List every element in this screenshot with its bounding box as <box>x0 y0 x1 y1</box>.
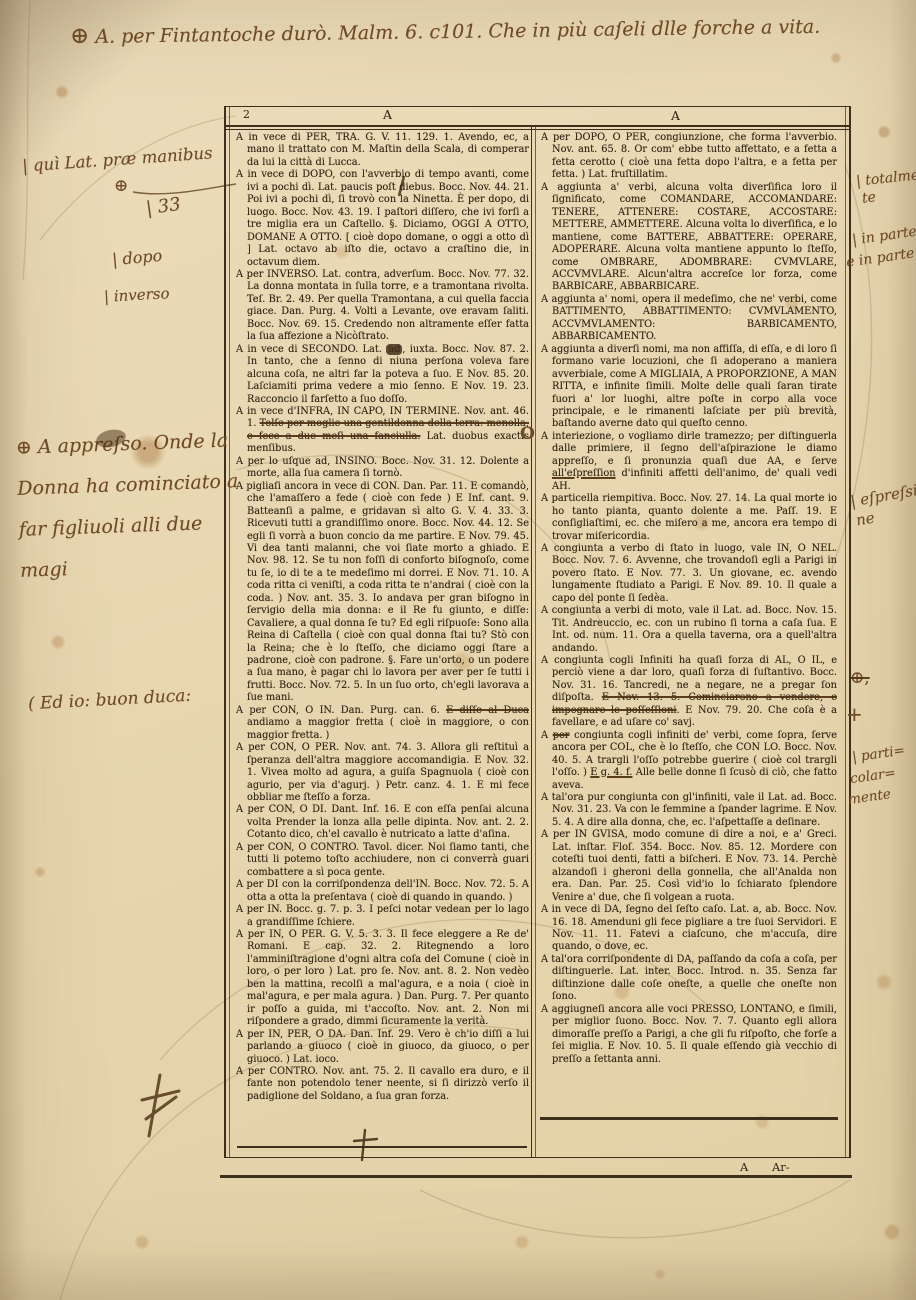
margin-note-particolarmente-3: mente <box>847 786 892 808</box>
margin-note-inverso: | inverso <box>104 284 170 305</box>
dictionary-entry: A aggiunta a' nomi, opera il medeſimo, c… <box>541 294 837 344</box>
margin-note-line: far figliuoli alli due <box>18 512 202 540</box>
entry-text: A per CON, O IN. Dan. Purg. can. 6. <box>236 705 446 716</box>
frame-bottom-rule <box>225 1157 850 1158</box>
column-divider-rule-left <box>531 125 532 1158</box>
dictionary-entry: A tal'ora corriſpondente di DA, paſſando… <box>541 954 837 1004</box>
margin-note-in-parte-1: | in parte <box>851 224 916 249</box>
margin-note-line: Donna ha cominciato a <box>17 470 239 500</box>
margin-note-particolarmente-1: | parti= <box>851 742 906 765</box>
entry-text: A in vece di SECONDO. Lat. <box>236 344 386 355</box>
entry-text: A <box>541 730 553 741</box>
left-text-column: A in vece di PER, TRA. G. V. 11. 129. 1.… <box>236 132 529 1144</box>
dictionary-entry: A pigliaſi ancora in vece di CON. Dan. P… <box>236 481 529 705</box>
column-divider-rule-right <box>535 125 536 1158</box>
dictionary-entry: A congiunta cogli Infiniti ha quaſi forz… <box>541 655 837 730</box>
margin-note-particolarmente-2: colar= <box>849 765 897 787</box>
signature-mark: A <box>740 1160 749 1174</box>
struck-circled-cross-icon: ⊕, <box>850 668 870 688</box>
header-double-rule-lower <box>225 129 850 130</box>
entry-text: A interiezione, o vogliamo dirle tramezz… <box>541 431 837 467</box>
margin-note-line: A appreſso. Onde la <box>37 429 228 458</box>
dictionary-entry: A aggiunta a diverſi nomi, ma non affiſſ… <box>541 344 837 431</box>
dictionary-entry: A tal'ora pur congiunta con gl'infiniti,… <box>541 792 837 829</box>
margin-scribble-mark <box>142 1075 179 1136</box>
margin-note-prae-manibus: | quì Lat. præ manibus <box>22 143 214 175</box>
margin-anchor-connector-line <box>133 184 236 194</box>
running-head-letter-left: A <box>383 107 392 122</box>
dictionary-entry: A aggiunta a' verbi, alcuna volta diverſ… <box>541 182 837 294</box>
margin-note-appresso: ⊕ A appreſso. Onde la Donna ha cominciat… <box>15 420 242 592</box>
dictionary-entry: A per DOPO, O PER, congiunzione, che for… <box>541 132 837 182</box>
dictionary-entry: A per CON, O CONTRO. Tavol. dicer. Noi ſ… <box>236 842 529 879</box>
dictionary-entry: A per IN, PER, O DA. Dan. Inf. 29. Vero … <box>236 1029 529 1066</box>
dictionary-entry: A per INVERSO. Lat. contra, adverſum. Bo… <box>236 269 529 344</box>
margin-note-totalmente-1: | totalmen <box>855 166 916 189</box>
dictionary-entry: A per IN. Bocc. g. 7. p. 3. I peſci nota… <box>236 904 529 929</box>
top-handwritten-note: ⊕ A. per Fintantoche durò. Malm. 6. c101… <box>70 13 821 49</box>
dictionary-entry: A in vece d'INFRA, IN CAPO, IN TERMINE. … <box>236 406 529 456</box>
struck-passage: E diſſe al Duca <box>446 705 529 716</box>
dictionary-entry: A congiunta a verbo di ſtato in luogo, v… <box>541 543 837 605</box>
plus-mark-icon: + <box>846 702 863 726</box>
ink-o-mark: O <box>520 424 535 444</box>
top-note-text: A. per Fintantoche durò. Malm. 6. c101. … <box>95 16 820 48</box>
dictionary-entry: A in vece di DOPO, con l'avverbio di tem… <box>236 169 529 269</box>
circled-cross-icon: ⊕ <box>70 23 90 49</box>
right-text-column: A per DOPO, O PER, congiunzione, che for… <box>541 132 837 1115</box>
dictionary-entry: A congiunta a verbi di moto, vale il Lat… <box>541 605 837 655</box>
margin-note-in-parte-2: e in parte <box>845 245 915 270</box>
struck-passage: per <box>553 730 570 741</box>
scanned-book-page: 2 A A A in vece di PER, TRA. G. V. 11. 1… <box>0 0 916 1300</box>
dictionary-entry: A per CON, O DI. Dant. Inf. 16. E con eſ… <box>236 804 529 841</box>
dictionary-entry: A in vece di PER, TRA. G. V. 11. 129. 1.… <box>236 132 529 169</box>
margin-note-ed-io: ( Ed io: buon duca: <box>28 686 192 715</box>
right-column-end-rule <box>540 1117 838 1120</box>
dictionary-entry: A particella riempitiva. Bocc. Nov. 27. … <box>541 493 837 543</box>
margin-note-totalmente-2: te <box>861 189 877 206</box>
margin-note-line: magi <box>20 558 68 582</box>
header-double-rule-upper <box>225 125 850 127</box>
ink-blot-word: ad <box>386 344 402 355</box>
dictionary-entry: A aggiugneſi ancora alle voci PRESSO, LO… <box>541 1004 837 1066</box>
page-bottom-heavy-rule <box>220 1175 852 1178</box>
margin-note-espressione-2: ne <box>855 509 876 530</box>
dictionary-entry: A per CON, O PER. Nov. ant. 74. 3. Allor… <box>236 742 529 804</box>
running-head-letter-right: A <box>671 108 680 123</box>
dictionary-entry: A per CON, O IN. Dan. Purg. can. 6. E di… <box>236 705 529 742</box>
dictionary-entry: A per congiunta cogli infiniti de' verbi… <box>541 730 837 792</box>
underlined-passage: all'eſpreſſion <box>552 468 616 479</box>
underlined-passage: E g. 4. f. <box>590 767 632 778</box>
margin-note-dopo: | dopo <box>111 246 163 269</box>
frame-left-rule-outer <box>224 106 226 1158</box>
catchword: Ar- <box>772 1160 790 1174</box>
page-number: 2 <box>243 108 250 121</box>
dictionary-entry: A per IN, O PER. G. V. 5. 3. 3. Il fece … <box>236 929 529 1029</box>
dictionary-entry: A per IN GVISA, modo comune di dire a no… <box>541 829 837 904</box>
frame-left-rule-inner <box>229 106 230 1158</box>
dictionary-entry: A per CONTRO. Nov. ant. 75. 2. Il cavall… <box>236 1066 529 1103</box>
entry-text: andiamo a maggior fretta ( cioè in maggi… <box>247 717 529 740</box>
dictionary-entry: A in vece di DA, ſegno del ſeſto caſo. L… <box>541 904 837 954</box>
margin-note-espressione-1: | eſpreſsio <box>849 479 916 510</box>
left-column-end-rule <box>237 1146 527 1148</box>
circled-cross-icon: ⊕ <box>114 176 128 196</box>
dictionary-entry: A interiezione, o vogliamo dirle tramezz… <box>541 431 837 493</box>
margin-note-33: | 33 <box>145 194 182 220</box>
circled-cross-icon: ⊕ <box>16 436 33 459</box>
dictionary-entry: A per DI con la corriſpondenza dell'IN. … <box>236 879 529 904</box>
dictionary-entry: A in vece di SECONDO. Lat. ad, iuxta. Bo… <box>236 344 529 406</box>
frame-top-rule <box>225 106 850 107</box>
dictionary-entry: A per lo uſque ad, INSINO. Bocc. Nov. 31… <box>236 456 529 481</box>
